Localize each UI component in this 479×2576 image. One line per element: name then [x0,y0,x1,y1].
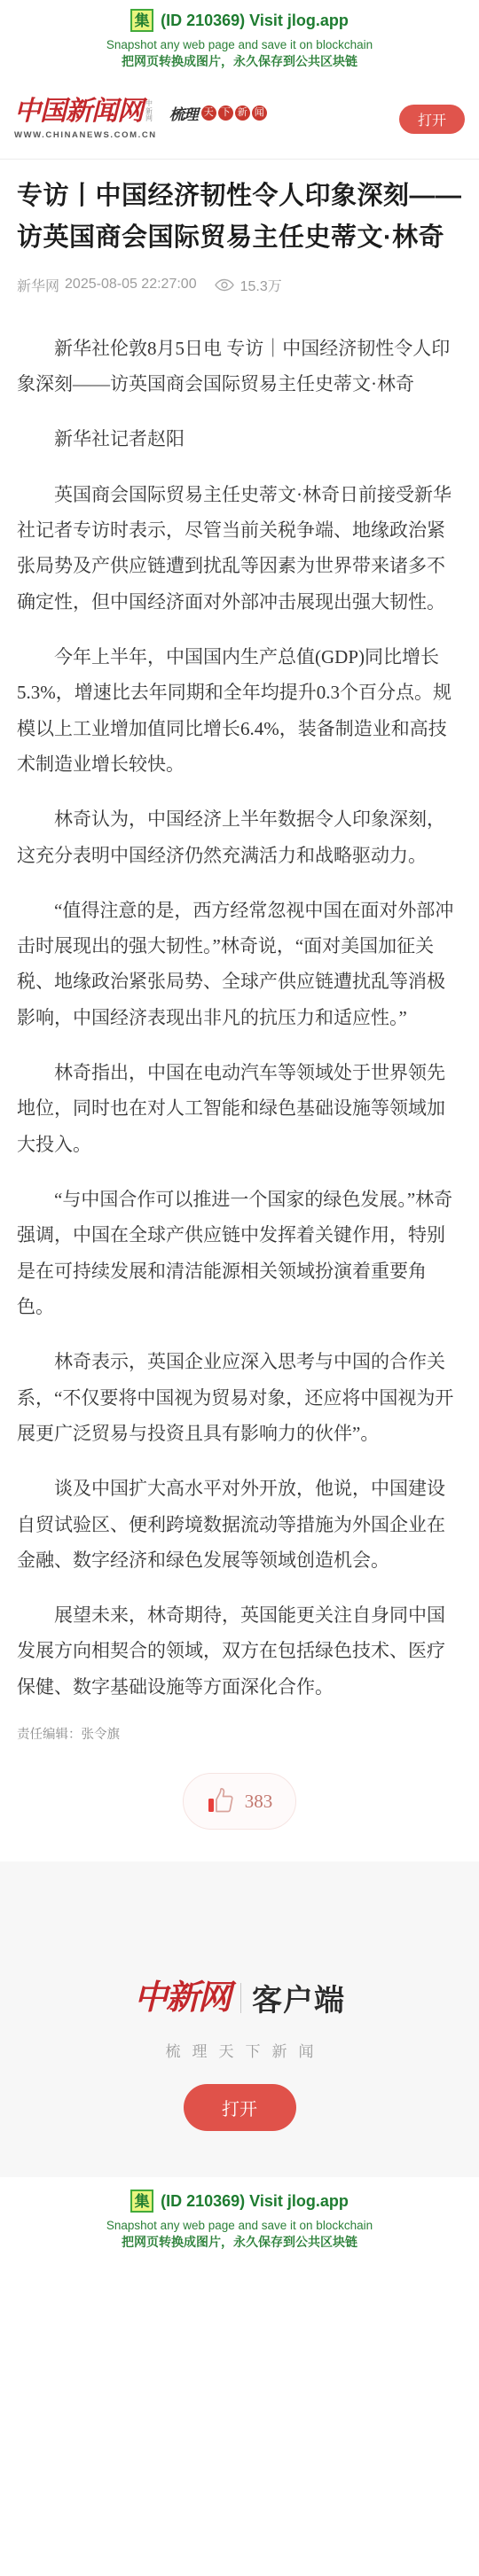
jlog-banner-bottom: 集 (ID 210369) Visit jlog.app Snapshot an… [0,2177,479,2259]
open-app-button-footer[interactable]: 打开 [184,2084,296,2131]
article-meta: 新华网 2025-08-05 22:27:00 15.3万 [17,275,462,295]
article-source: 新华网 [17,275,59,295]
jlog-link[interactable]: 集 (ID 210369) Visit jlog.app [0,9,479,32]
jlog-id-text: (ID 210369) Visit jlog.app [161,12,349,30]
like-button[interactable]: 383 [183,1773,296,1830]
view-count-group: 15.3万 [215,275,282,295]
chinanews-logo-text: 中国新闻网 [14,98,143,125]
tagline-badge: 天 [201,105,216,121]
article-datetime: 2025-08-05 22:27:00 [65,277,197,293]
jlog-slogan-zh: 把网页转换成图片，永久保存到公共区块链 [0,53,479,71]
tagline-badges: 天下新闻 [201,105,267,121]
article: 专访丨中国经济韧性令人印象深刻——访英国商会国际贸易主任史蒂文·林奇 新华网 2… [0,176,479,1830]
chinanews-url: WWW.CHINANEWS.COM.CN [14,130,157,140]
site-header: 中国新闻网 中新网 WWW.CHINANEWS.COM.CN 梳理 天下新闻 打… [0,78,479,160]
header-tagline: 梳理 天下新闻 [169,102,267,124]
article-paragraph: 谈及中国扩大高水平对外开放，他说，中国建设自贸试验区、便利跨境数据流动等措施为外… [17,1471,462,1578]
article-paragraph: 林奇认为，中国经济上半年数据令人印象深刻，这充分表明中国经济仍然充满活力和战略驱… [17,801,462,873]
cns-app-logo: 中新网 [134,1981,230,2015]
jlog-slogan-zh: 把网页转换成图片，永久保存到公共区块链 [0,2234,479,2252]
eye-icon [215,278,234,292]
article-paragraph: “值得注意的是，西方经常忽视中国在面对外部冲击时展现出的强大韧性。”林奇说，“面… [17,893,462,1035]
open-app-button-header[interactable]: 打开 [399,105,465,134]
footer-client-label: 客户端 [252,1976,345,2019]
tagline-badge: 下 [218,105,233,121]
article-body: 新华社伦敦8月5日电 专访｜中国经济韧性令人印象深刻——访英国商会国际贸易主任史… [17,331,462,1705]
article-paragraph: 今年上半年，中国国内生产总值(GDP)同比增长5.3%，增速比去年同期和全年均提… [17,639,462,782]
footer-app-promo: 中新网 客户端 梳理天下新闻 打开 [0,1862,479,2177]
article-paragraph: 林奇表示，英国企业应深入思考与中国的合作关系，“不仅要将中国视为贸易对象，还应将… [17,1344,462,1451]
tagline-badge: 新 [235,105,250,121]
jlog-banner-top: 集 (ID 210369) Visit jlog.app Snapshot an… [0,0,479,78]
tagline-prefix: 梳理 [169,102,198,124]
editor-line: 责任编辑：张令旗 [17,1724,462,1743]
chinanews-logo-stack: 中新网 [145,98,153,123]
article-paragraph: 新华社伦敦8月5日电 专访｜中国经济韧性令人印象深刻——访英国商会国际贸易主任史… [17,331,462,402]
jlog-slogan-en: Snapshot any web page and save it on blo… [0,2218,479,2234]
thumbs-up-icon [207,1787,237,1815]
article-title: 专访丨中国经济韧性令人印象深刻——访英国商会国际贸易主任史蒂文·林奇 [17,176,462,259]
footer-logo-divider [240,1983,241,2013]
jlog-link[interactable]: 集 (ID 210369) Visit jlog.app [0,2190,479,2213]
article-paragraph: 英国商会国际贸易主任史蒂文·林奇日前接受新华社记者专访时表示，尽管当前关税争端、… [17,477,462,620]
article-paragraph: 展望未来，林奇期待，英国能更关注自身同中国发展方向相契合的领域，双方在包括绿色技… [17,1597,462,1705]
ji-collect-icon: 集 [130,9,153,32]
footer-tagline: 梳理天下新闻 [154,2039,326,2061]
like-count: 383 [245,1791,273,1813]
article-paragraph: 林奇指出，中国在电动汽车等领域处于世界领先地位，同时也在对人工智能和绿色基础设施… [17,1055,462,1162]
footer-logo-row: 中新网 客户端 [134,1976,345,2019]
jlog-slogan-en: Snapshot any web page and save it on blo… [0,37,479,53]
article-paragraph: 新华社记者赵阳 [17,421,462,457]
jlog-id-text: (ID 210369) Visit jlog.app [161,2192,349,2211]
tagline-badge: 闻 [252,105,267,121]
article-paragraph: “与中国合作可以推进一个国家的绿色发展。”林奇强调，中国在全球产供应链中发挥着关… [17,1182,462,1324]
chinanews-logo[interactable]: 中国新闻网 中新网 WWW.CHINANEWS.COM.CN [14,98,157,140]
view-count: 15.3万 [240,275,282,295]
ji-collect-icon: 集 [130,2190,153,2213]
